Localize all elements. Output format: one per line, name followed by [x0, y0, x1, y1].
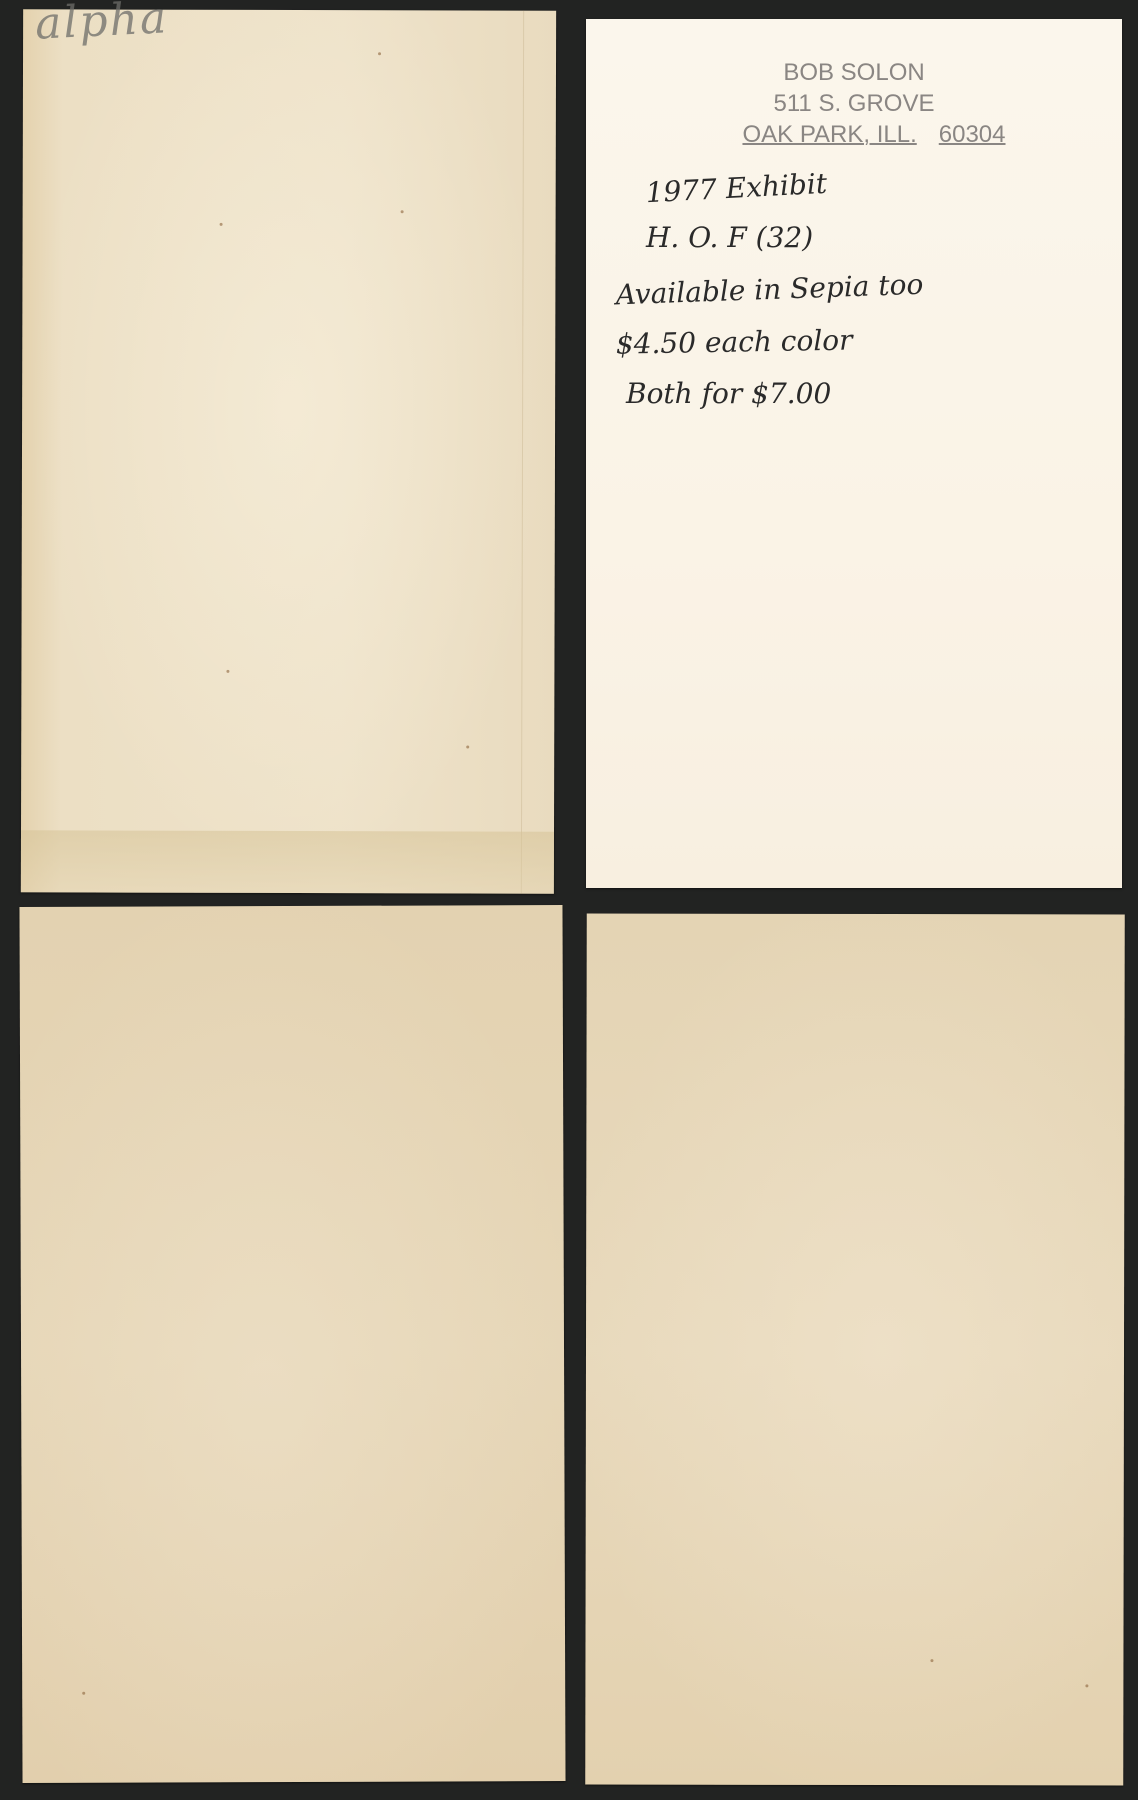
paper-speck	[1085, 1684, 1088, 1687]
card-back-top-left: alpha	[21, 9, 556, 893]
stamp-name: BOB SOLON	[586, 57, 1122, 88]
handwriting-line: Available in Sepia too	[615, 268, 924, 331]
stamp-zip: 60304	[939, 121, 1006, 148]
handwriting-line: 1977 Exhibit	[645, 162, 925, 228]
paper-speck	[226, 670, 229, 673]
handwriting-line: $4.50 each color	[616, 322, 925, 379]
paper-speck	[401, 210, 404, 213]
address-stamp: BOB SOLON 511 S. GROVE OAK PARK, ILL.603…	[586, 57, 1122, 150]
handwriting-line: H. O. F (32)	[646, 221, 924, 273]
card-fold-line	[521, 11, 524, 894]
paper-speck	[930, 1659, 933, 1662]
stamp-city-line: OAK PARK, ILL.60304	[626, 119, 1122, 150]
paper-speck	[466, 745, 469, 748]
stamp-city: OAK PARK, ILL.	[742, 121, 916, 148]
card-back-top-right: BOB SOLON 511 S. GROVE OAK PARK, ILL.603…	[586, 19, 1122, 888]
paper-speck	[378, 52, 381, 55]
handwriting-line: Both for $7.00	[626, 377, 924, 429]
card-back-bottom-right	[585, 914, 1125, 1786]
handwritten-note: 1977 Exhibit H. O. F (32) Available in S…	[616, 169, 924, 429]
stamp-street: 511 S. GROVE	[586, 88, 1122, 119]
paper-speck	[82, 1692, 85, 1695]
paper-speck	[220, 223, 223, 226]
pencil-note: alpha	[34, 0, 169, 50]
card-back-bottom-left	[19, 905, 565, 1783]
card-stain	[21, 830, 554, 893]
